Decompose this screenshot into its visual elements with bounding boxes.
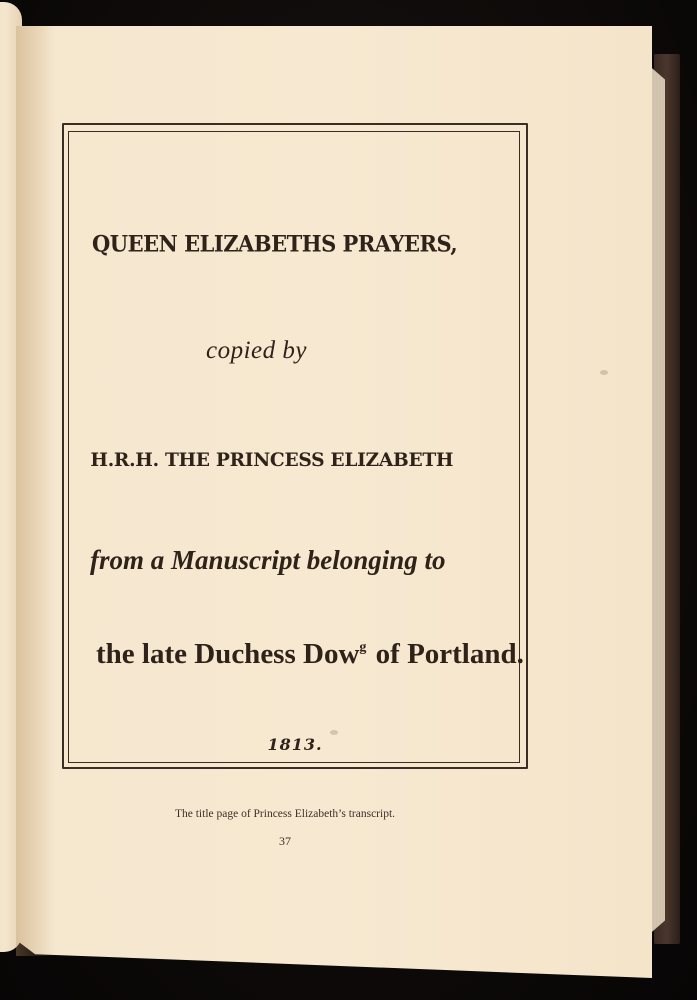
facsimile-author: H.R.H. THE PRINCESS ELIZABETH xyxy=(90,449,523,471)
facsimile-copied-by: copied by xyxy=(206,337,528,365)
facsimile-owner: the late Duchess Dowg of Portland. xyxy=(96,638,528,671)
page-number: 37 xyxy=(120,834,450,849)
facsimile-source: from a Manuscript belonging to xyxy=(90,545,528,576)
facsimile-title: QUEEN ELIZABETHS PRAYERS, xyxy=(92,230,528,256)
figure-caption: The title page of Princess Elizabeth’s t… xyxy=(120,808,450,820)
paper-spot xyxy=(600,370,608,375)
facsimile-title-page: QUEEN ELIZABETHS PRAYERS, copied by H.R.… xyxy=(62,123,528,769)
owner-part-1: the late Duchess Dow xyxy=(96,638,359,670)
facsimile-year: 1813. xyxy=(62,735,528,754)
owner-part-2: of Portland. xyxy=(376,638,524,670)
owner-superscript: g xyxy=(359,640,366,655)
